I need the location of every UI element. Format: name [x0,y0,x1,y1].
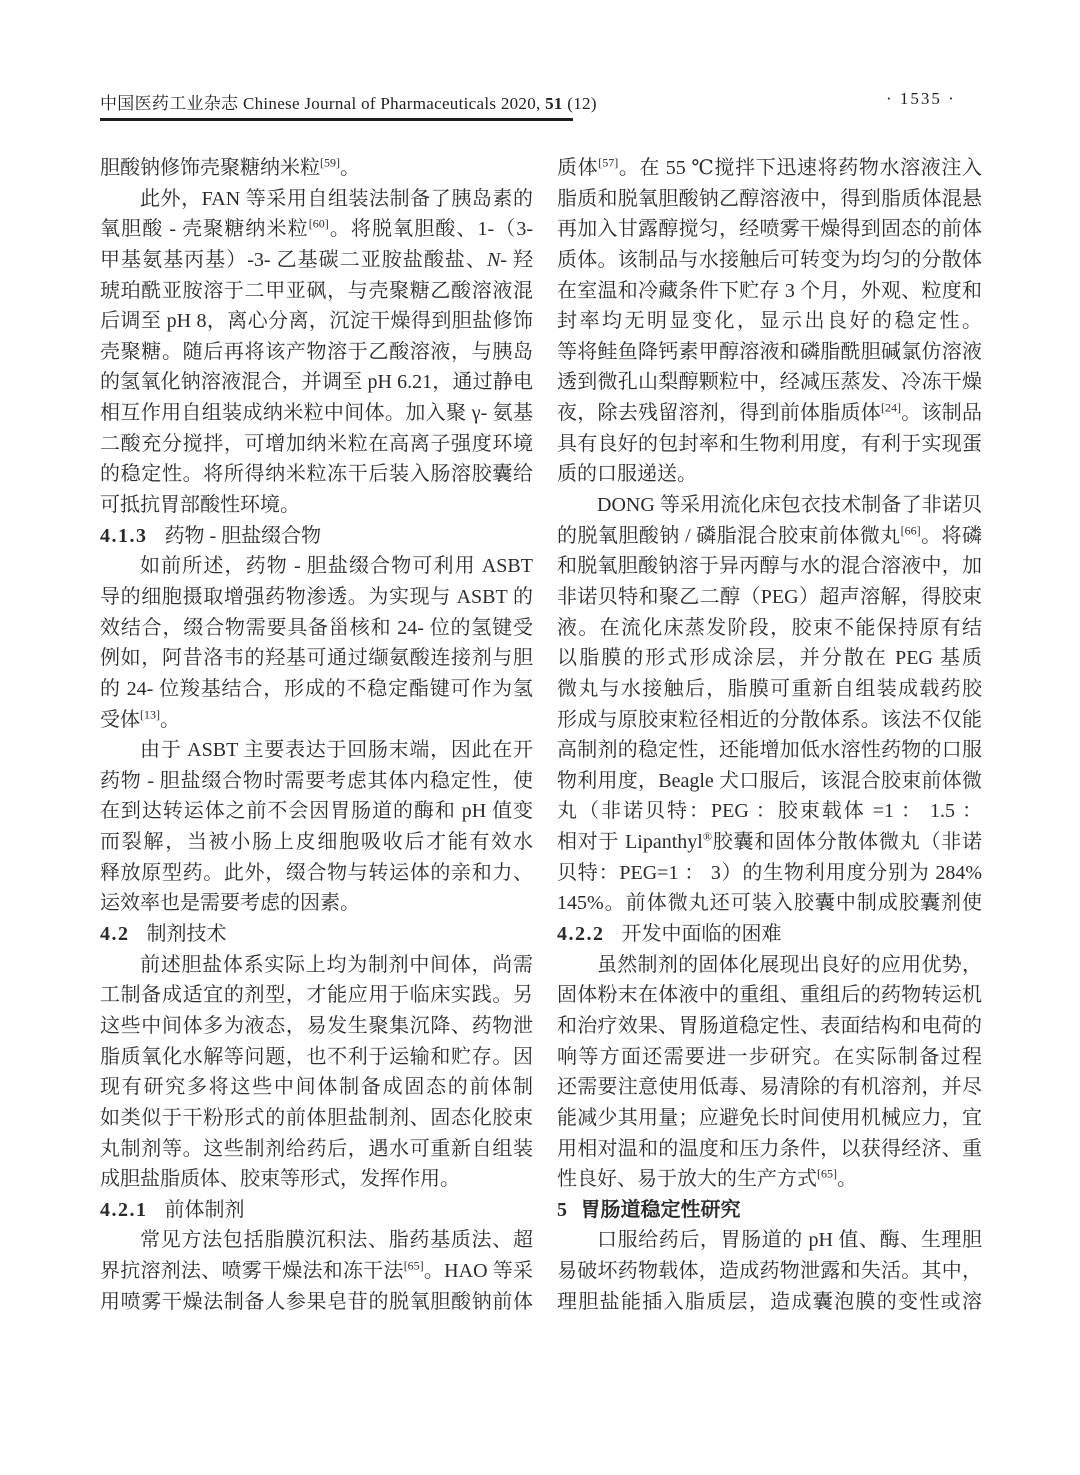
section-heading: 4.2.1前体制剂 [100,1195,533,1226]
section-heading: 5胃肠道稳定性研究 [557,1195,982,1226]
text-line: 胆酸钠修饰壳聚糖纳米粒[59]。 [100,153,533,184]
text-line: 形成与原胶束粒径相近的分散体系。该法不仅能提 [557,705,982,736]
text-line: 二酸充分搅拌，可增加纳米粒在高离子强度环境下 [100,429,533,460]
text-line: 氧胆酸 - 壳聚糖纳米粒[60]。将脱氧胆酸、1-（3- 二 [100,214,533,245]
text-line: 透到微孔山梨醇颗粒中，经减压蒸发、冷冻干燥过 [557,367,982,398]
text-line: 质的口服递送。 [557,459,982,490]
text-line: 相对于 Lipanthyl®胶囊和固体分散体微丸（非诺 [557,827,982,858]
text-line: 的氢氧化钠溶液混合，并调至 pH 6.21，通过静电 [100,367,533,398]
journal-title: 中国医药工业杂志 Chinese Journal of Pharmaceutic… [100,89,597,114]
text-line: 用喷雾干燥法制备人参果皂苷的脱氧胆酸钠前体脂 [100,1287,533,1318]
journal-title-text: 中国医药工业杂志 Chinese Journal of Pharmaceutic… [100,94,545,113]
text-line: 现有研究多将这些中间体制备成固态的前体制剂， [100,1072,533,1103]
text-line: 释放原型药。此外，缀合物与转运体的亲和力、转 [100,858,533,889]
text-line: 等将鲑鱼降钙素甲醇溶液和磷脂酰胆碱氯仿溶液渗 [557,337,982,368]
reference-superscript: [60] [309,217,329,231]
text-line: 液。在流化床蒸发阶段，胶束不能保持原有结构， [557,613,982,644]
text-line: 用相对温和的温度和压力条件，以获得经济、重现 [557,1134,982,1165]
text-line: 丸（非诺贝特：PEG ：胶束载体 =1 ： 1.5 ： 1.5） [557,796,982,827]
text-line: 例如，阿昔洛韦的羟基可通过缬氨酸连接剂与胆盐 [100,643,533,674]
section-number: 5 [557,1199,569,1221]
text-line: 和脱氧胆酸钠溶于异丙醇与水的混合溶液中，加入 [557,551,982,582]
right-column: 质体[57]。在 55 ℃搅拌下迅速将药物水溶液注入到脂质和脱氧胆酸钠乙醇溶液中… [557,153,982,1317]
text-line: 此外，FAN 等采用自组装法制备了胰岛素的脱 [100,184,533,215]
text-line: 工制备成适宜的剂型，才能应用于临床实践。另外， [100,980,533,1011]
text-line: 前述胆盐体系实际上均为制剂中间体，尚需加 [100,950,533,981]
text-line: 非诺贝特和聚乙二醇（PEG）超声溶解，得胶束溶 [557,582,982,613]
text-line: 再加入甘露醇搅匀，经喷雾干燥得到固态的前体脂 [557,214,982,245]
text-line: 口服给药后，胃肠道的 pH 值、酶、生理胆盐 [557,1225,982,1256]
section-number: 4.2.2 [557,923,605,945]
text-line: 的脱氧胆酸钠 / 磷脂混合胶束前体微丸[66]。将磷脂 [557,521,982,552]
text-line: 由于 ASBT 主要表达于回肠末端，因此在开发 [100,735,533,766]
reference-superscript: [59] [320,155,340,169]
text-line: 导的细胞摄取增强药物渗透。为实现与 ASBT 的有 [100,582,533,613]
left-column: 胆酸钠修饰壳聚糖纳米粒[59]。此外，FAN 等采用自组装法制备了胰岛素的脱氧胆… [100,153,533,1317]
text-line: 虽然制剂的固体化展现出良好的应用优势，但 [557,950,982,981]
text-line: 琥珀酰亚胺溶于二甲亚砜，与壳聚糖乙酸溶液混匀 [100,276,533,307]
text-line: 界抗溶剂法、喷雾干燥法和冻干法[65]。HAO 等采 [100,1256,533,1287]
section-number: 4.1.3 [100,525,148,547]
text-line: 相互作用自组装成纳米粒中间体。加入聚 γ- 氨基戊 [100,398,533,429]
text-line: 这些中间体多为液态，易发生聚集沉降、药物泄露、 [100,1011,533,1042]
text-line: 夜，除去残留溶剂，得到前体脂质体[24]。该制品 [557,398,982,429]
text-line: 药物 - 胆盐缀合物时需要考虑其体内稳定性，使之 [100,766,533,797]
text-line: 的 24- 位羧基结合，形成的不稳定酯键可作为氢键 [100,674,533,705]
reference-superscript: [13] [140,707,160,721]
text-line: 贝特：PEG=1 ： 3）的生物利用度分别为 284% 和 [557,858,982,889]
text-line: 常见方法包括脂膜沉积法、脂药基质法、超临 [100,1225,533,1256]
text-line: 的稳定性。将所得纳米粒冻干后装入肠溶胶囊给药， [100,459,533,490]
text-line: DONG 等采用流化床包衣技术制备了非诺贝特 [557,490,982,521]
text-line: 质体[57]。在 55 ℃搅拌下迅速将药物水溶液注入到 [557,153,982,184]
text-line: 成胆盐脂质体、胶束等形式，发挥作用。 [100,1164,533,1195]
header-rule [100,118,573,121]
text-line: 理胆盐能插入脂质层，造成囊泡膜的变性或溶解， [557,1287,982,1318]
reference-superscript: [65] [817,1166,837,1180]
text-line: 后调至 pH 8，离心分离，沉淀干燥得到胆盐修饰的 [100,306,533,337]
text-line: 能减少其用量；应避免长时间使用机械应力，宜采 [557,1103,982,1134]
text-line: 壳聚糖。随后再将该产物溶于乙酸溶液，与胰岛素 [100,337,533,368]
text-line: 受体[13]。 [100,705,533,736]
text-line: 如类似于干粉形式的前体胆盐制剂、固态化胶束微 [100,1103,533,1134]
text-line: 而裂解，当被小肠上皮细胞吸收后才能有效水解、 [100,827,533,858]
reference-superscript: [24] [881,400,901,414]
text-line: 封率均无明显变化，显示出良好的稳定性。SONG [557,306,982,337]
section-heading: 4.2制剂技术 [100,919,533,950]
text-line: 效结合，缀合物需要具备甾核和 24- 位的氢键受体。 [100,613,533,644]
text-line: 145%。前体微丸还可装入胶囊中制成胶囊剂使用。 [557,888,982,919]
text-line: 微丸与水接触后，脂膜可重新自组装成载药胶束， [557,674,982,705]
section-number: 4.2.1 [100,1199,148,1221]
text-line: 在到达转运体之前不会因胃肠道的酶和 pH 值变化 [100,796,533,827]
text-line: 甲基氨基丙基）-3- 乙基碳二亚胺盐酸盐、N- 羟基 [100,245,533,276]
text-line: 还需要注意使用低毒、易清除的有机溶剂，并尽可 [557,1072,982,1103]
text-line: 如前所述，药物 - 胆盐缀合物可利用 ASBT 介 [100,551,533,582]
section-number: 4.2 [100,923,130,945]
text-line: 可抵抗胃部酸性环境。 [100,490,533,521]
reference-superscript: ® [703,829,712,843]
text-line: 质体。该制品与水接触后可转变为均匀的分散体系； [557,245,982,276]
journal-page: 中国医药工业杂志 Chinese Journal of Pharmaceutic… [0,0,1080,1475]
text-line: 固体粉末在体液中的重组、重组后的药物转运机制 [557,980,982,1011]
text-line: 在室温和冷藏条件下贮存 3 个月，外观、粒度和包 [557,276,982,307]
text-line: 运效率也是需要考虑的因素。 [100,888,533,919]
reference-superscript: [65] [404,1258,424,1272]
section-heading: 4.2.2开发中面临的困难 [557,919,982,950]
reference-superscript: [66] [901,523,921,537]
text-line: 丸制剂等。这些制剂给药后，遇水可重新自组装形 [100,1134,533,1165]
text-line: 和治疗效果、胃肠道稳定性、表面结构和电荷的影 [557,1011,982,1042]
text-line: 响等方面还需要进一步研究。在实际制备过程中， [557,1042,982,1073]
reference-superscript: [57] [598,155,618,169]
text-line: 易破坏药物载体，造成药物泄露和失活。其中，生 [557,1256,982,1287]
text-line: 具有良好的包封率和生物利用度，有利于实现蛋白 [557,429,982,460]
text-line: 以脂膜的形式形成涂层，并分散在 PEG 基质中。 [557,643,982,674]
journal-volume: 51 [545,94,563,113]
text-line: 性良好、易于放大的生产方式[65]。 [557,1164,982,1195]
page-number: · 1535 · [886,89,956,109]
text-line: 物利用度，Beagle 犬口服后，该混合胶束前体微 [557,766,982,797]
section-heading: 4.1.3药物 - 胆盐缀合物 [100,521,533,552]
journal-issue: (12) [563,94,597,113]
text-line: 高制剂的稳定性，还能增加低水溶性药物的口服生 [557,735,982,766]
text-line: 脂质氧化水解等问题，也不利于运输和贮存。因此， [100,1042,533,1073]
text-line: 脂质和脱氧胆酸钠乙醇溶液中，得到脂质体混悬液； [557,184,982,215]
